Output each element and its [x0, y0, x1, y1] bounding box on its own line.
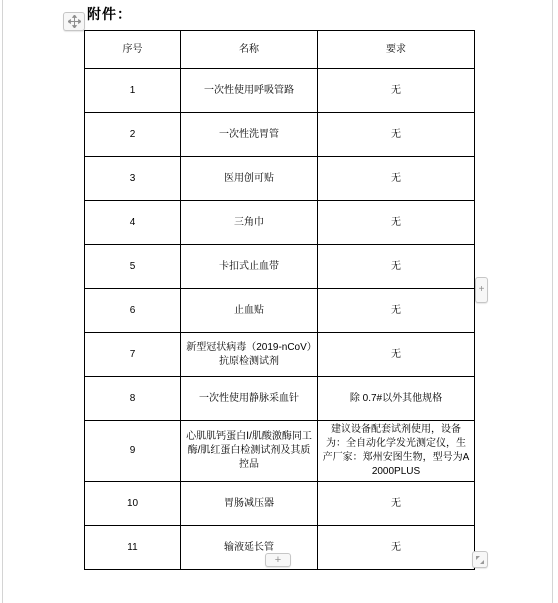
page-edge-right — [552, 0, 553, 603]
table-move-handle[interactable] — [63, 12, 85, 31]
header-cell-name[interactable]: 名称 — [181, 31, 318, 69]
attachment-title[interactable]: 附件： — [87, 4, 132, 24]
table-body: 1 一次性使用呼吸管路 无 2 一次性洗胃管 无 3 医用创可贴 无 4 三角巾… — [85, 69, 475, 570]
cell-name[interactable]: 输液延长管 — [181, 526, 318, 570]
table-row: 3 医用创可贴 无 — [85, 157, 475, 201]
table-row: 6 止血贴 无 — [85, 289, 475, 333]
cell-no[interactable]: 3 — [85, 157, 181, 201]
cell-name[interactable]: 医用创可贴 — [181, 157, 318, 201]
table-row: 8 一次性使用静脉采血针 除 0.7#以外其他规格 — [85, 377, 475, 421]
table-row: 4 三角巾 无 — [85, 201, 475, 245]
cell-req[interactable]: 无 — [318, 289, 475, 333]
table-header-row: 序号 名称 要求 — [85, 31, 475, 69]
table-row: 5 卡扣式止血带 无 — [85, 245, 475, 289]
cell-req[interactable]: 无 — [318, 333, 475, 377]
cell-no[interactable]: 9 — [85, 421, 181, 482]
table-resize-handle[interactable] — [472, 551, 488, 568]
cell-req[interactable]: 无 — [318, 157, 475, 201]
cell-no[interactable]: 2 — [85, 113, 181, 157]
table-row: 7 新型冠状病毒（2019-nCoV）抗原检测试剂 无 — [85, 333, 475, 377]
move-icon — [68, 15, 81, 28]
cell-name[interactable]: 止血贴 — [181, 289, 318, 333]
cell-name[interactable]: 卡扣式止血带 — [181, 245, 318, 289]
cell-no[interactable]: 11 — [85, 526, 181, 570]
cell-name[interactable]: 心肌肌钙蛋白Ⅰ/肌酸激酶同工酶/肌红蛋白检测试剂及其质控品 — [181, 421, 318, 482]
cell-name[interactable]: 新型冠状病毒（2019-nCoV）抗原检测试剂 — [181, 333, 318, 377]
cell-req[interactable]: 无 — [318, 69, 475, 113]
cell-req[interactable]: 无 — [318, 113, 475, 157]
cell-name[interactable]: 一次性使用静脉采血针 — [181, 377, 318, 421]
cell-req[interactable]: 无 — [318, 245, 475, 289]
cell-no[interactable]: 5 — [85, 245, 181, 289]
plus-icon: + — [275, 555, 281, 566]
cell-no[interactable]: 6 — [85, 289, 181, 333]
cell-no[interactable]: 10 — [85, 482, 181, 526]
header-cell-no[interactable]: 序号 — [85, 31, 181, 69]
cell-req[interactable]: 建议设备配套试剂使用，设备为：全自动化学发光测定仪，生产厂家：郑州安图生物，型号… — [318, 421, 475, 482]
cell-name[interactable]: 一次性使用呼吸管路 — [181, 69, 318, 113]
plus-icon: + — [479, 285, 485, 295]
header-cell-req[interactable]: 要求 — [318, 31, 475, 69]
table-row: 1 一次性使用呼吸管路 无 — [85, 69, 475, 113]
add-row-button[interactable]: + — [265, 553, 291, 567]
cell-name[interactable]: 胃肠减压器 — [181, 482, 318, 526]
table-row: 9 心肌肌钙蛋白Ⅰ/肌酸激酶同工酶/肌红蛋白检测试剂及其质控品 建议设备配套试剂… — [85, 421, 475, 482]
cell-no[interactable]: 1 — [85, 69, 181, 113]
cell-no[interactable]: 7 — [85, 333, 181, 377]
cell-req[interactable]: 无 — [318, 482, 475, 526]
cell-no[interactable]: 8 — [85, 377, 181, 421]
cell-req[interactable]: 无 — [318, 526, 475, 570]
add-column-button[interactable]: + — [475, 277, 488, 303]
cell-name[interactable]: 一次性洗胃管 — [181, 113, 318, 157]
cell-req[interactable]: 无 — [318, 201, 475, 245]
table-row: 10 胃肠减压器 无 — [85, 482, 475, 526]
resize-icon — [475, 555, 485, 565]
table-row: 2 一次性洗胃管 无 — [85, 113, 475, 157]
cell-no[interactable]: 4 — [85, 201, 181, 245]
cell-req[interactable]: 除 0.7#以外其他规格 — [318, 377, 475, 421]
attachment-table: 序号 名称 要求 1 一次性使用呼吸管路 无 2 一次性洗胃管 无 3 医用创可… — [84, 30, 475, 570]
page-edge-left — [2, 0, 3, 603]
cell-name[interactable]: 三角巾 — [181, 201, 318, 245]
